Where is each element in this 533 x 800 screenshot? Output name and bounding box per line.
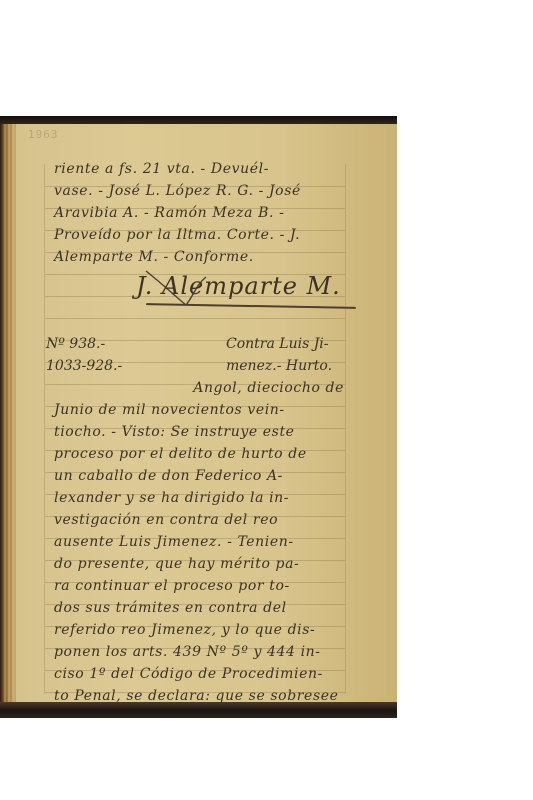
entry-number: Nº 938.- (46, 336, 105, 352)
entry-line: un caballo de don Federico A- (54, 468, 344, 484)
document-photo: 1963 riente (0, 116, 397, 718)
entry-title-line: menez.- Hurto. (226, 358, 346, 374)
entry-line: lexander y se ha dirigido la in- (54, 490, 344, 506)
entry-line: Angol, dieciocho de (54, 380, 344, 396)
entry-line: vestigación en contra del reo (54, 512, 344, 528)
entry-line: ciso 1º del Código de Procedimien- (54, 666, 344, 682)
signature: J. Alemparte M. (136, 272, 356, 300)
entry-line: ra continuar el proceso por to- (54, 578, 344, 594)
entry-line: proceso por el delito de hurto de (54, 446, 344, 462)
entry-line: ausente Luis Jimenez. - Tenien- (54, 534, 344, 550)
entry-line: ponen los arts. 439 Nº 5º y 444 in- (54, 644, 344, 660)
entry-line: tiocho. - Visto: Se instruye este (54, 424, 344, 440)
previous-entry-line: Aravibia A. - Ramón Meza B. - (54, 205, 344, 221)
previous-entry-line: riente a fs. 21 vta. - Devuél- (54, 161, 344, 177)
page-edges (0, 124, 16, 706)
register-page: 1963 riente (16, 124, 397, 706)
previous-entry-line: vase. - José L. López R. G. - José (54, 183, 344, 199)
entry-file-number: 1033-928.- (46, 358, 122, 374)
book-bottom-edge (0, 702, 397, 718)
entry-line: Junio de mil novecientos vein- (54, 402, 344, 418)
page-stamp-number: 1963 (28, 128, 59, 141)
rule-line (45, 318, 345, 319)
entry-line: referido reo Jimenez, y lo que dis- (54, 622, 344, 638)
entry-line: do presente, que hay mérito pa- (54, 556, 344, 572)
previous-entry-line: Alemparte M. - Conforme. (54, 249, 344, 265)
entry-title-line: Contra Luis Ji- (226, 336, 346, 352)
previous-entry-line: Proveído por la Iltma. Corte. - J. (54, 227, 344, 243)
entry-line: dos sus trámites en contra del (54, 600, 344, 616)
